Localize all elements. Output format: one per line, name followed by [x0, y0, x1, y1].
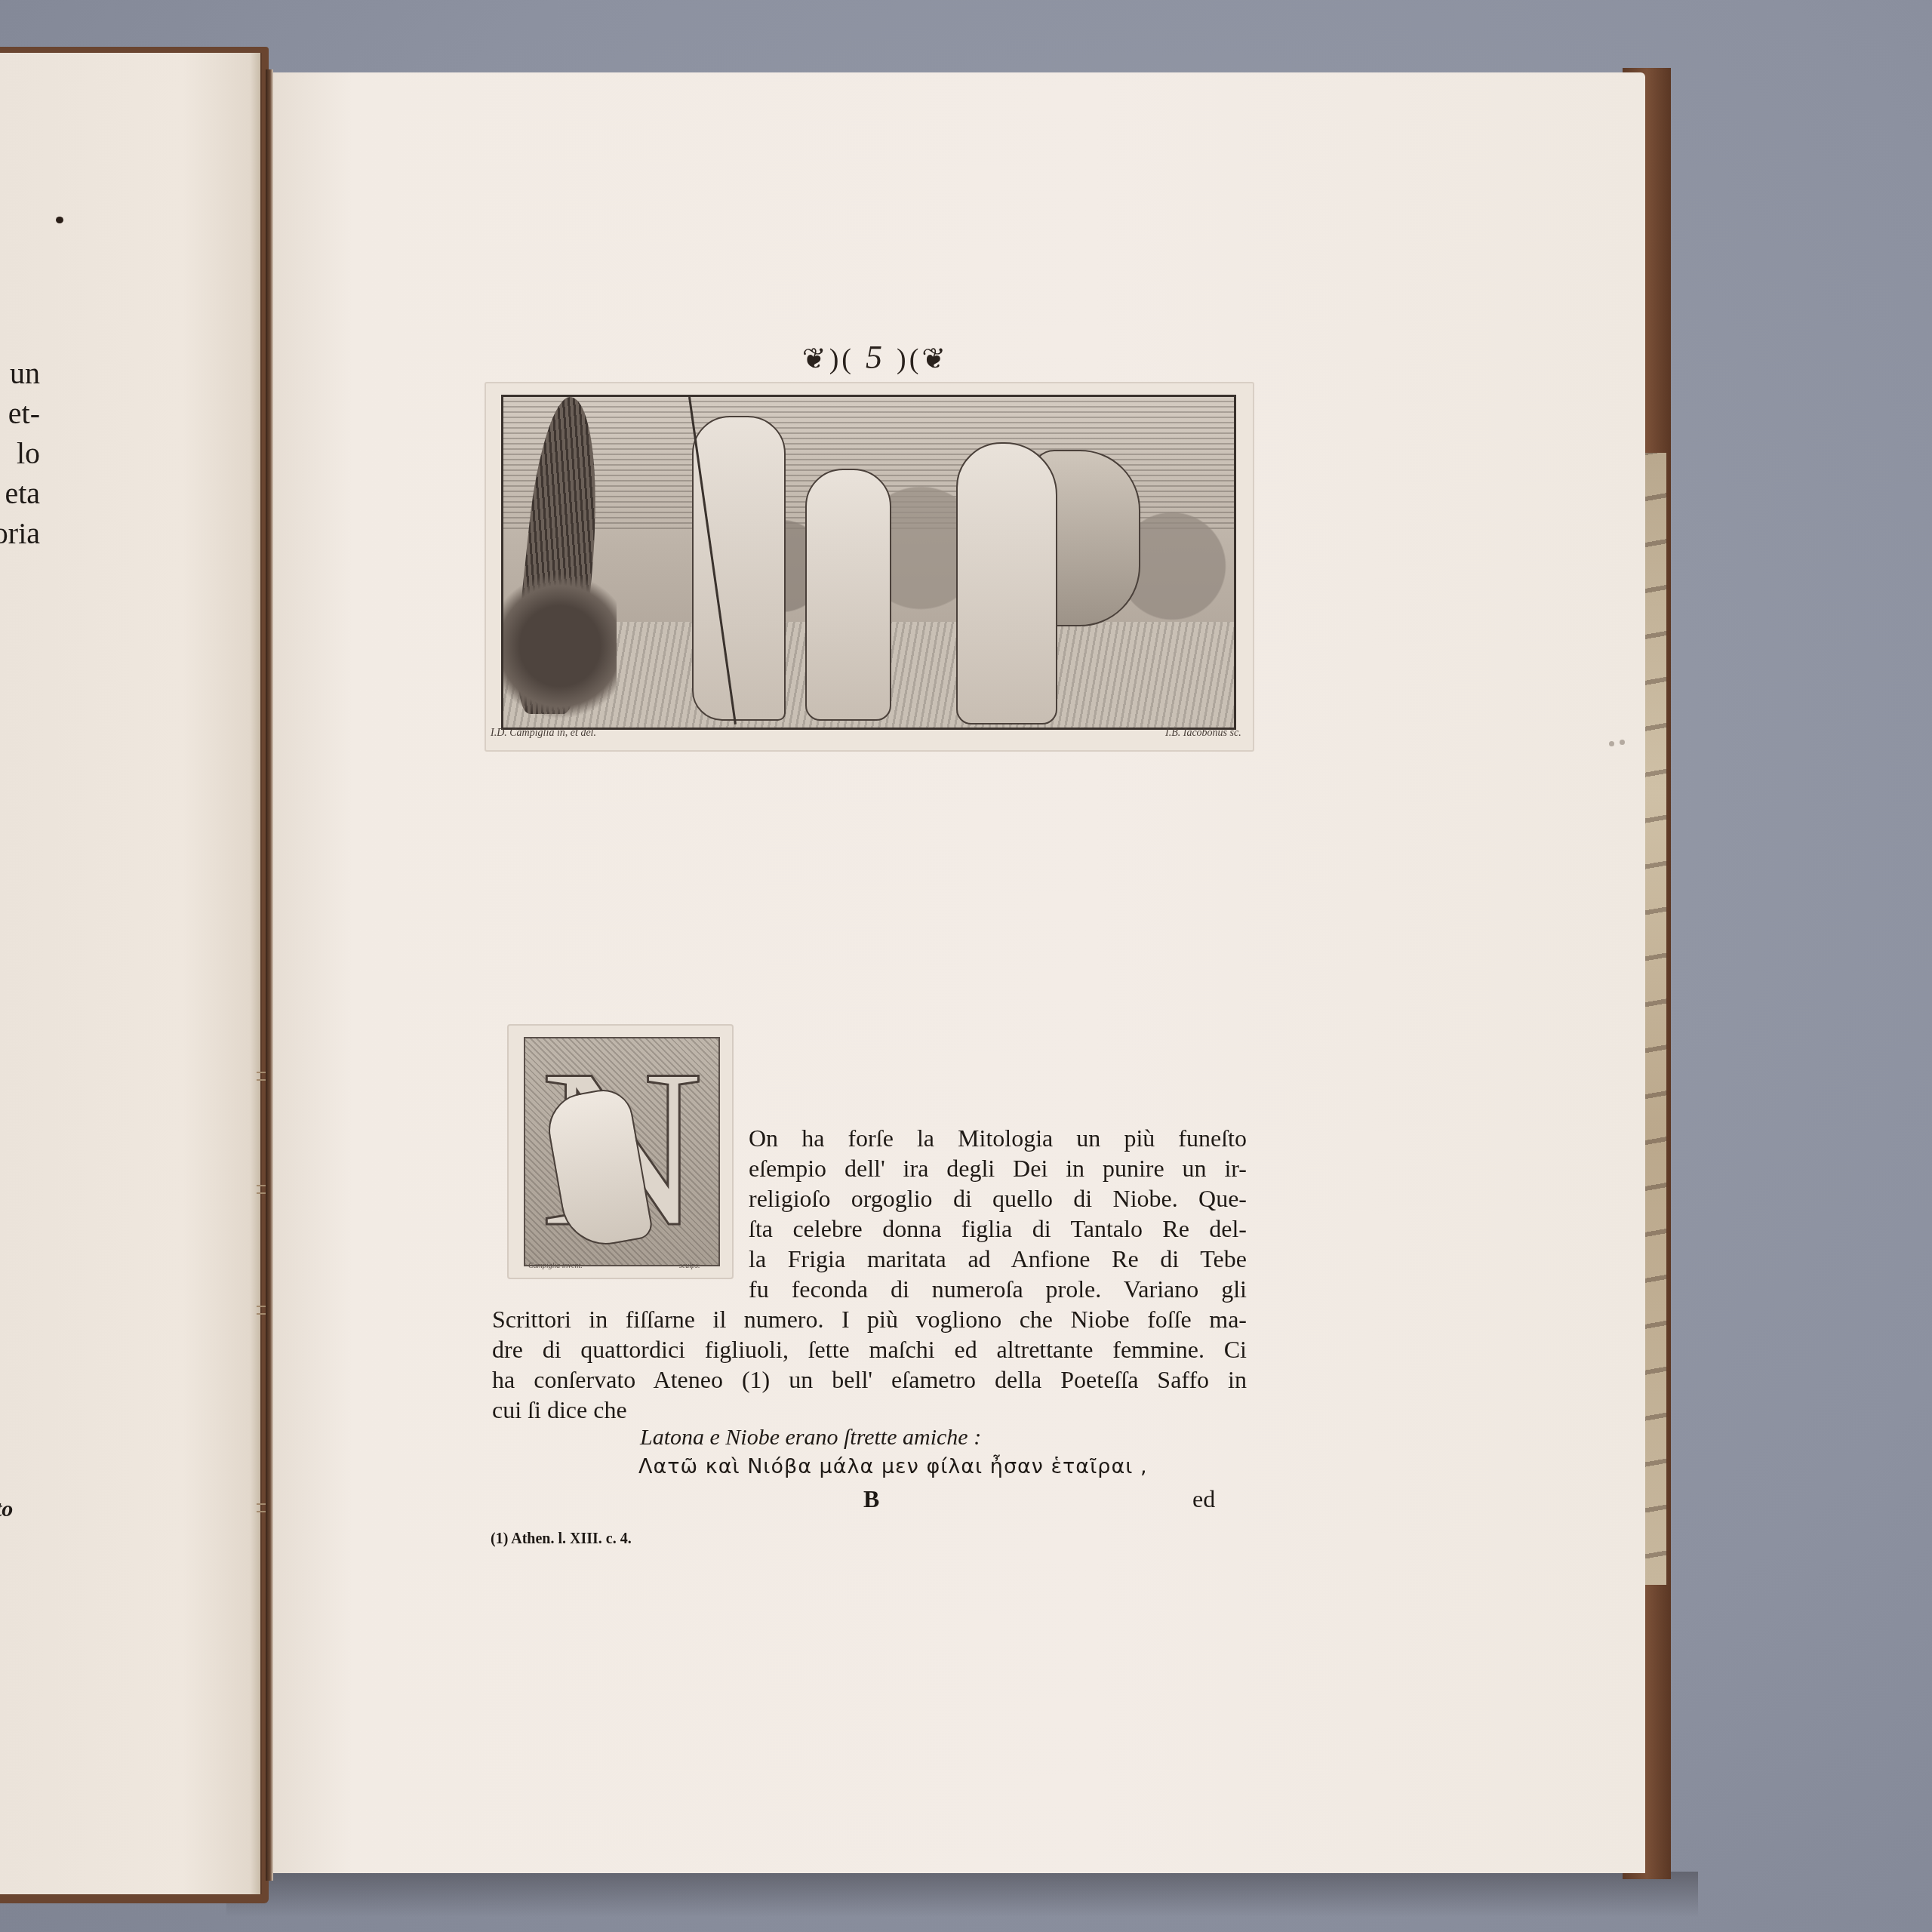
figure-apollo [805, 469, 891, 721]
headpiece-engraving[interactable] [501, 395, 1236, 730]
text-line: eſempio dell' ira degli Dei in punire un… [749, 1153, 1247, 1183]
initial-caption-left: Campiglia invent. [528, 1262, 583, 1270]
paper-blemish [1620, 740, 1625, 745]
left-italic-fragment: to [0, 1497, 13, 1522]
page-shadow [226, 1872, 1698, 1917]
text-line: On ha forſe la Mitologia un più funeſto [749, 1123, 1247, 1153]
quote-greek: Λατῶ καὶ Νιόβα μάλα μεν φίλαι ἦσαν ἑταῖρ… [638, 1455, 1148, 1478]
paper-blemish [1609, 741, 1614, 746]
catchword: ed [1192, 1485, 1215, 1513]
left-line: un [0, 353, 40, 393]
initial-caption-right: sculps. [679, 1262, 700, 1270]
text-line: la Frigia maritata ad Anfione Re di Tebe [749, 1244, 1247, 1274]
left-line: eta [0, 473, 40, 513]
page-number: 5 [866, 339, 885, 376]
quote-italian: Latona e Niobe erano ſtrette amiche : [640, 1425, 981, 1451]
decorated-initial[interactable]: N [524, 1037, 720, 1266]
left-page-text-fragment: un et- lo eta oria [0, 353, 40, 553]
ink-dot [56, 217, 63, 223]
figure-minerva [692, 416, 786, 721]
text-line: dre di quattordici figliuoli, ſette maſc… [492, 1334, 1247, 1364]
left-line: oria [0, 513, 40, 553]
figure-mercury [956, 442, 1057, 724]
ornament-right-icon: )(❦ [897, 343, 949, 375]
text-line: ha conſervato Ateneo (1) un bell' eſamet… [492, 1364, 1247, 1395]
signature-mark: B [863, 1485, 879, 1513]
engraving-caption-engraver: I.B. Iacobonus sc. [1165, 728, 1241, 740]
book-gutter [266, 69, 273, 1881]
engraving-bush [503, 563, 617, 729]
text-line: ſta celebre donna figlia di Tantalo Re d… [749, 1214, 1247, 1244]
left-page[interactable]: un et- lo eta oria to [0, 53, 262, 1894]
footnote: (1) Athen. l. XIII. c. 4. [491, 1531, 632, 1548]
engraving-caption-designer: I.D. Campiglia in, et del. [491, 728, 596, 740]
text-line: religioſo orgoglio di quello di Niobe. Q… [749, 1183, 1247, 1214]
text-line: fu feconda di numeroſa prole. Variano gl… [749, 1274, 1247, 1304]
ornament-left-icon: ❦)( [802, 343, 854, 375]
left-line: lo [0, 433, 40, 473]
text-line: Scrittori in fiſſarne il numero. I più v… [492, 1304, 1247, 1334]
text-line: cui ſi dice che [492, 1395, 1247, 1425]
page-number-header: ❦)( 5 )(❦ [792, 338, 958, 377]
left-line: et- [0, 393, 40, 433]
